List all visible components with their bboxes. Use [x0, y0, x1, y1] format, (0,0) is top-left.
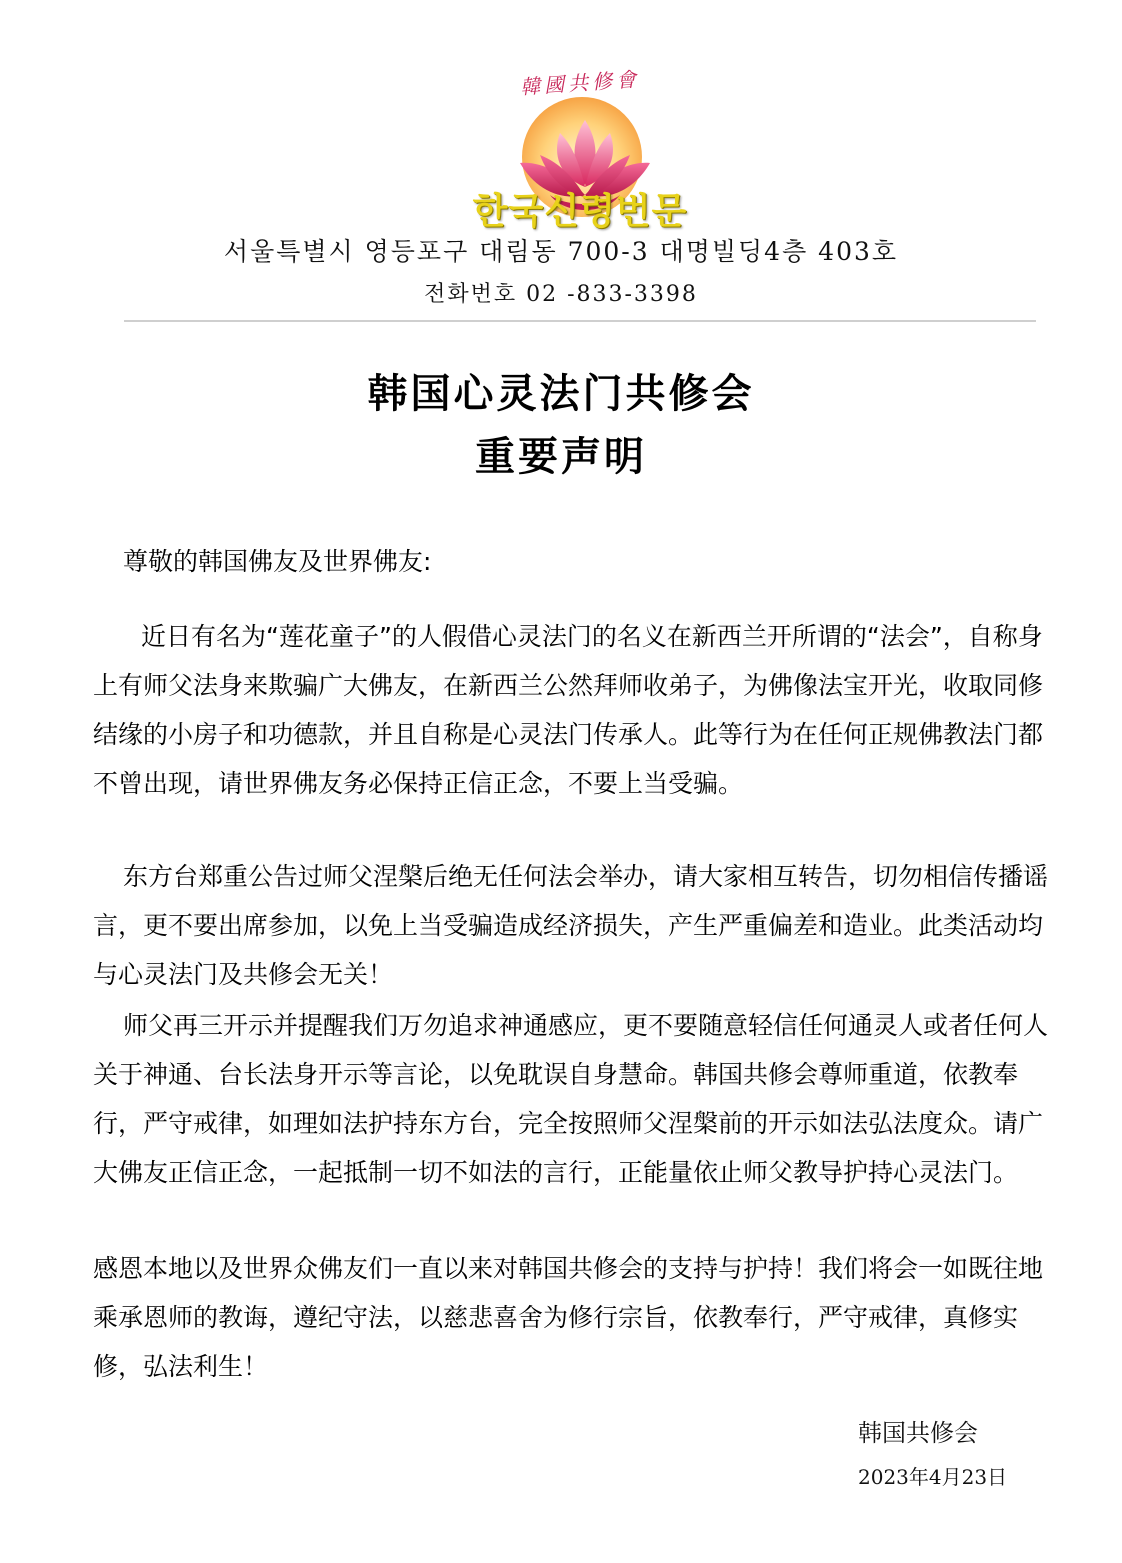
paragraph-text: 东方台郑重公告过师父涅槃后绝无任何法会举办，请大家相互转告，切勿相信传播谣言，更… [93, 852, 1053, 999]
signature-org: 韩国共修会 [858, 1413, 978, 1448]
document-title: 韩国心灵法门共修会 [0, 362, 1122, 419]
document-subtitle: 重要声明 [0, 425, 1122, 482]
phone-number: 전화번호 02 -833-3398 [0, 277, 1122, 308]
address: 서울특별시 영등포구 대림동 700-3 대명빌딩4층 403호 [0, 232, 1122, 268]
paragraph-text: 近日有名为“莲花童子”的人假借心灵法门的名义在新西兰开所谓的“法会”，自称身上有… [93, 612, 1053, 808]
paragraph-1: 近日有名为“莲花童子”的人假借心灵法门的名义在新西兰开所谓的“法会”，自称身上有… [93, 612, 1053, 808]
paragraph-3: 师父再三开示并提醒我们万勿追求神通感应，更不要随意轻信任何通灵人或者任何人关于神… [93, 1001, 1053, 1197]
signature-date: 2023年4月23日 [858, 1461, 1007, 1490]
paragraph-2: 东方台郑重公告过师父涅槃后绝无任何法会举办，请大家相互转告，切勿相信传播谣言，更… [93, 852, 1053, 999]
salutation: 尊敬的韩国佛友及世界佛友: [123, 537, 1083, 586]
paragraph-4: 感恩本地以及世界众佛友们一直以来对韩国共修会的支持与护持！我们将会一如既往地乘承… [93, 1244, 1053, 1391]
paragraph-text: 感恩本地以及世界众佛友们一直以来对韩国共修会的支持与护持！我们将会一如既往地乘承… [93, 1244, 1053, 1391]
paragraph-text: 师父再三开示并提醒我们万勿追求神通感应，更不要随意轻信任何通灵人或者任何人关于神… [93, 1001, 1053, 1197]
organization-logo: 韓國共修會 한국신령번문 [440, 55, 720, 235]
logo-korean-text: 한국신령번문 [440, 183, 720, 234]
header-divider [124, 320, 1036, 322]
